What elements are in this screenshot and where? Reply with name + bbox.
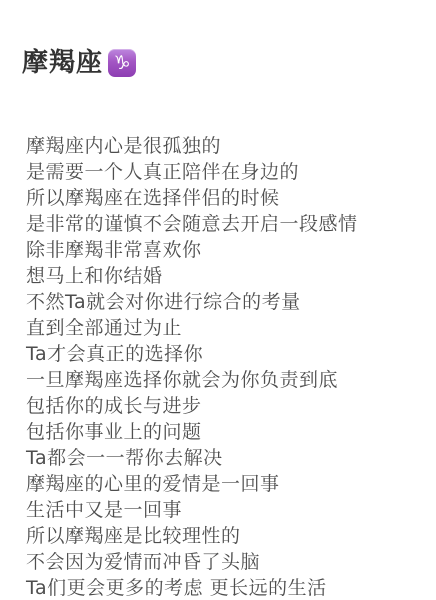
text-line: 包括你事业上的问题 [26, 419, 428, 445]
text-line: 包括你的成长与进步 [26, 393, 428, 419]
text-line: 除非摩羯非常喜欢你 [26, 237, 428, 263]
text-line: 所以摩羯座是比较理性的 [26, 523, 428, 549]
text-line: 是非常的谨慎不会随意去开启一段感情 [26, 211, 428, 237]
text-line: Ta都会一一帮你去解决 [26, 445, 428, 471]
article-body: 摩羯座内心是很孤独的 是需要一个人真正陪伴在身边的 所以摩羯座在选择伴侣的时候 … [26, 133, 428, 600]
page-title: 摩羯座 [22, 50, 103, 76]
text-line: 不然Ta就会对你进行综合的考量 [26, 289, 428, 315]
text-line: 想马上和你结婚 [26, 263, 428, 289]
text-line: 一旦摩羯座选择你就会为你负责到底 [26, 367, 428, 393]
text-line: Ta们更会更多的考虑 更长远的生活 [26, 575, 428, 600]
page-header: 摩羯座 ♑ [22, 49, 136, 77]
text-line: 是需要一个人真正陪伴在身边的 [26, 159, 428, 185]
text-line: 不会因为爱情而冲昏了头脑 [26, 549, 428, 575]
post-page: 摩羯座 ♑ 摩羯座内心是很孤独的 是需要一个人真正陪伴在身边的 所以摩羯座在选择… [0, 0, 436, 600]
text-line: 摩羯座内心是很孤独的 [26, 133, 428, 159]
capricorn-icon: ♑ [108, 49, 136, 77]
text-line: 摩羯座的心里的爱情是一回事 [26, 471, 428, 497]
text-line: 所以摩羯座在选择伴侣的时候 [26, 185, 428, 211]
text-line: 生活中又是一回事 [26, 497, 428, 523]
text-line: 直到全部通过为止 [26, 315, 428, 341]
capricorn-glyph: ♑ [113, 54, 130, 73]
text-line: Ta才会真正的选择你 [26, 341, 428, 367]
